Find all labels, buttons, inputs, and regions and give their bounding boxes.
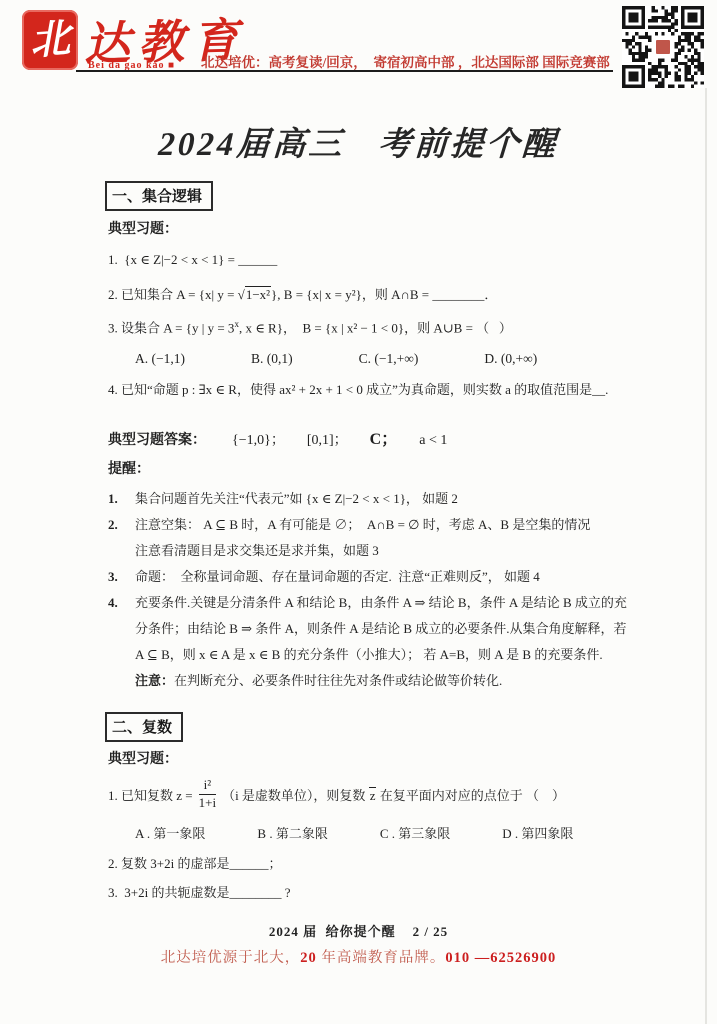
reminder-item-3: 3. 命题： 全称量词命题、存在量词命题的否定. 注意“正难则反”， 如题 4 <box>108 564 628 590</box>
option-a: A. (−1,1) <box>135 351 185 367</box>
option-b: B . 第二象限 <box>257 823 327 842</box>
problem-1-3: 3. 设集合 A = {y | y = 3x, x ∈ R}， B = {x |… <box>108 318 628 338</box>
scan-edge-shadow <box>705 88 707 1024</box>
options-row-1: A. (−1,1) B. (0,1) C. (−1,+∞) D. (0,+∞) <box>108 351 628 367</box>
reminder-item-number: 3. <box>108 564 135 590</box>
reminder-note-text: 在判断充分、必要条件时往往先对条件或结论做等价转化. <box>174 668 502 694</box>
problem-1-2: 2. 已知集合 A = {x| y = √1−x²}, B = {x| x = … <box>108 285 628 305</box>
option-d: D . 第四象限 <box>502 823 573 842</box>
section-heading-sets-logic: 一、集合逻辑 <box>105 181 213 211</box>
problems-label: 典型习题： <box>108 218 628 238</box>
problem-2-1-post: （i 是虚数单位），则复数 z 在复平面内对应的点位于 （ ） <box>222 785 565 804</box>
footer-contact-text: 北达培优源于北大， <box>161 950 301 966</box>
reminder-label: 提醒： <box>108 458 628 478</box>
answers-line: 典型习题答案： {−1,0}； [0,1]； C； a < 1 <box>108 426 628 449</box>
header-tagline: 北达培优：高考复读/回京， 寄宿初高中部 ，北达国际部 国际竞赛部 <box>201 51 613 71</box>
section1-problems: 典型习题： 1. {x ∈ Z|−2 < x < 1} = ______ 2. … <box>108 218 628 449</box>
reminder-item-2: 2. 注意空集： A ⊆ B 时，A 有可能是 ∅； A∩B = ∅ 时，考虑 … <box>108 512 628 564</box>
reminder-item-1: 1. 集合问题首先关注“代表元”如 {x ∈ Z|−2 < x < 1}， 如题… <box>108 486 628 512</box>
answer-2: [0,1]； <box>307 429 348 449</box>
section-heading-complex-numbers: 二、复数 <box>105 712 183 742</box>
option-d: D. (0,+∞) <box>484 351 537 367</box>
footer-phone: 010 —62526900 <box>445 950 556 966</box>
fraction: i² 1+i <box>199 778 216 811</box>
problem-1-1: 1. {x ∈ Z|−2 < x < 1} = ______ <box>108 250 628 270</box>
qr-code <box>622 6 704 88</box>
reminder-item-text: 命题： 全称量词命题、存在量词命题的否定. 注意“正难则反”， 如题 4 <box>135 564 628 590</box>
option-a: A . 第一象限 <box>135 823 205 842</box>
answer-1: {−1,0}； <box>232 429 285 449</box>
brand-seal-character: 北 <box>29 19 72 62</box>
fraction-numerator: i² <box>199 778 216 795</box>
page-title: 2024届高三 考前提个醒 <box>0 118 717 165</box>
reminder-item-number: 1. <box>108 486 135 512</box>
reminder-note: 注意： 在判断充分、必要条件时往往先对条件或结论做等价转化. <box>135 668 628 694</box>
option-c: C . 第三象限 <box>380 823 450 842</box>
brand-seal-logo: 北 <box>22 10 78 70</box>
document-page: 北 达教育 Bei da gao kao ■ 北达培优：高考复读/回京， 寄宿初… <box>0 0 717 1024</box>
answer-3: C； <box>370 426 398 449</box>
problem-2-2: 2. 复数 3+2i 的虚部是______； <box>108 854 628 874</box>
problem-2-1: 1. 已知复数 z = i² 1+i （i 是虚数单位），则复数 z 在复平面内… <box>108 778 628 811</box>
reminder-item-4: 4. 充要条件.关键是分清条件 A 和结论 B，由条件 A ⇒ 结论 B，条件 … <box>108 590 628 694</box>
footer-contact-text: 年高端教育品牌。 <box>317 950 446 966</box>
header-divider <box>76 70 613 72</box>
footer-years: 20 <box>300 950 317 966</box>
answer-4: a < 1 <box>419 433 447 449</box>
options-row-2: A . 第一象限 B . 第二象限 C . 第三象限 D . 第四象限 <box>108 823 628 842</box>
reminder-section: 提醒： 1. 集合问题首先关注“代表元”如 {x ∈ Z|−2 < x < 1}… <box>108 458 628 694</box>
reminder-item-number: 4. <box>108 590 135 694</box>
reminder-item-4-body: 充要条件.关键是分清条件 A 和结论 B，由条件 A ⇒ 结论 B，条件 A 是… <box>135 595 627 662</box>
fraction-denominator: 1+i <box>199 795 216 811</box>
option-b: B. (0,1) <box>251 351 293 367</box>
reminder-item-text: 充要条件.关键是分清条件 A 和结论 B，由条件 A ⇒ 结论 B，条件 A 是… <box>135 590 628 694</box>
footer-contact-line: 北达培优源于北大，20 年高端教育品牌。010 —62526900 <box>0 946 717 967</box>
problem-2-3: 3. 3+2i 的共轭虚数是________ ? <box>108 883 628 903</box>
reminder-item-text: 集合问题首先关注“代表元”如 {x ∈ Z|−2 < x < 1}， 如题 2 <box>135 486 628 512</box>
reminder-note-label: 注意： <box>135 668 174 694</box>
problem-1-4: 4. 已知“命题 p : ∃x ∈ R，使得 ax² + 2x + 1 < 0 … <box>108 380 628 400</box>
footer-page-line: 2024 届 给你提个醒 2 / 25 <box>0 921 717 940</box>
reminder-item-text: 注意空集： A ⊆ B 时，A 有可能是 ∅； A∩B = ∅ 时，考虑 A、B… <box>135 512 628 564</box>
option-c: C. (−1,+∞) <box>359 351 419 367</box>
reminder-item-number: 2. <box>108 512 135 564</box>
problem-2-1-pre: 1. 已知复数 z = <box>108 785 193 804</box>
answers-label: 典型习题答案： <box>108 429 206 449</box>
problems-label: 典型习题： <box>108 748 628 768</box>
section2-problems: 典型习题： 1. 已知复数 z = i² 1+i （i 是虚数单位），则复数 z… <box>108 748 628 903</box>
